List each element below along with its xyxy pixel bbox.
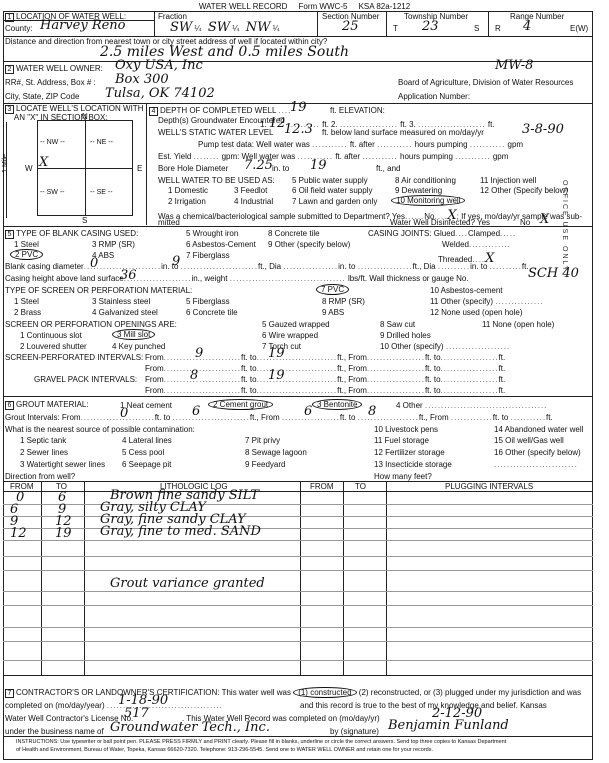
use-dewatering[interactable]: 9 Dewatering bbox=[395, 186, 442, 195]
section-box[interactable]: -- NW -- -- NE -- -- SW -- -- SE -- X bbox=[37, 120, 133, 216]
gravel-to-field[interactable]: 19 bbox=[268, 368, 285, 383]
gravel-label: GRAVEL PACK INTERVALS: bbox=[34, 375, 137, 384]
direction-label: Direction from well? bbox=[5, 472, 75, 481]
opening-louvered[interactable]: 2 Louvered shutter bbox=[20, 342, 87, 351]
blank-to-field[interactable]: 9 bbox=[172, 254, 180, 269]
divider bbox=[488, 11, 489, 36]
screen-concrete[interactable]: 6 Concrete tile bbox=[186, 308, 238, 317]
business-name-field[interactable]: Groundwater Tech., Inc. bbox=[110, 720, 270, 735]
sample-row: Was a chemical/bacteriological sample su… bbox=[158, 208, 582, 223]
contam-watertight[interactable]: 3 Watertight sewer lines bbox=[20, 460, 105, 469]
range-direction: E(W) bbox=[570, 24, 588, 33]
use-injection[interactable]: 11 Injection well bbox=[480, 176, 536, 185]
city-label: City, State, ZIP Code bbox=[5, 92, 79, 101]
opening-mill-slot-selected[interactable]: 3 Mill slot bbox=[112, 329, 155, 340]
plug-header-from: FROM bbox=[310, 482, 334, 491]
instructions-line1: INSTRUCTIONS: Use typewriter or ball poi… bbox=[16, 739, 506, 745]
fraction-1: SW bbox=[170, 20, 192, 35]
divider bbox=[41, 481, 42, 675]
quad-ne[interactable]: -- NE -- bbox=[90, 139, 113, 146]
opening-key-punched[interactable]: 4 Key punched bbox=[112, 342, 165, 351]
west-label: W bbox=[25, 164, 33, 173]
use-feedlot[interactable]: 3 Feedlot bbox=[234, 186, 267, 195]
bore-diameter-field[interactable]: 7.25 bbox=[244, 158, 273, 173]
divider bbox=[386, 481, 387, 675]
mile-scale-line bbox=[6, 122, 7, 218]
divider bbox=[3, 736, 593, 737]
contam-abandoned[interactable]: 14 Abandoned water well bbox=[494, 425, 583, 434]
form-statute: KSA 82a-1212 bbox=[359, 2, 411, 11]
screen-fiberglass[interactable]: 5 Fiberglass bbox=[186, 297, 230, 306]
casing-pvc-selected[interactable]: 2 PVC bbox=[10, 249, 43, 260]
grout2-to-field[interactable]: 8 bbox=[368, 404, 376, 419]
east-label: E bbox=[137, 164, 142, 173]
divider bbox=[317, 11, 318, 36]
row-line bbox=[3, 570, 593, 571]
joints-row: CASING JOINTS: Glued....Clamped..... bbox=[368, 229, 516, 238]
grout1-to-field[interactable]: 6 bbox=[192, 404, 200, 419]
casing-label: 5TYPE OF BLANK CASING USED: bbox=[5, 229, 138, 239]
static-level-field[interactable]: 12.3 bbox=[284, 122, 313, 137]
contam-oilgas[interactable]: 15 Oil well/Gas well bbox=[494, 436, 564, 445]
welded-row[interactable]: Welded............. bbox=[442, 240, 511, 249]
elevation-label: ft. ELEVATION: bbox=[330, 106, 385, 115]
contam-septic[interactable]: 1 Septic tank bbox=[20, 436, 66, 445]
screen-steel[interactable]: 1 Steel bbox=[14, 297, 39, 306]
blank-dia-field[interactable]: 0 bbox=[90, 256, 98, 271]
casing-other[interactable]: 9 Other (specify below) bbox=[268, 240, 350, 249]
screen-material-label: TYPE OF SCREEN OR PERFORATION MATERIAL: bbox=[5, 286, 192, 295]
range-field[interactable]: 4 bbox=[523, 19, 531, 34]
depth-field[interactable]: 19 bbox=[290, 100, 307, 115]
use-lawn[interactable]: 7 Lawn and garden only bbox=[292, 197, 377, 206]
cert-constructed-selected[interactable]: (1) constructed bbox=[293, 687, 356, 698]
application-number-label: Application Number: bbox=[398, 92, 470, 101]
location-mark: X bbox=[39, 155, 48, 170]
casing-wrought-iron[interactable]: 5 Wrought iron bbox=[186, 229, 238, 238]
row-line bbox=[3, 540, 593, 541]
grout2-from-field[interactable]: 6 bbox=[304, 404, 312, 419]
row-line bbox=[3, 556, 593, 557]
contam-other-field[interactable]: .......................... bbox=[494, 460, 578, 469]
contam-fuel[interactable]: 11 Fuel storage bbox=[374, 436, 429, 445]
disinfected-no-mark[interactable]: X bbox=[540, 212, 549, 227]
contam-fertilizer[interactable]: 12 Fertilizer storage bbox=[374, 448, 445, 457]
township-suffix: S bbox=[474, 24, 479, 33]
screen-intervals-label: SCREEN-PERFORATED INTERVALS: bbox=[5, 353, 143, 362]
row-line bbox=[3, 605, 593, 606]
casing-rmp[interactable]: 3 RMP (SR) bbox=[92, 240, 135, 249]
bore-label: Bore Hole Diameter bbox=[158, 164, 228, 173]
divider bbox=[386, 11, 387, 36]
grout-other[interactable]: 4 Other ................................… bbox=[396, 401, 547, 410]
row-line bbox=[3, 660, 593, 661]
grout-intervals-row: Grout Intervals: From...................… bbox=[5, 413, 553, 422]
use-air-conditioning[interactable]: 8 Air conditioning bbox=[395, 176, 456, 185]
board-label: Board of Agriculture, Division of Water … bbox=[398, 78, 573, 87]
fraction-field[interactable]: SW ¼ SW ¼ NW ¼ bbox=[170, 20, 279, 35]
plug-header-intervals: PLUGGING INTERVALS bbox=[445, 482, 533, 491]
true-statement: and this record is true to the best of m… bbox=[300, 701, 547, 710]
log-note: Grout variance granted bbox=[110, 576, 265, 591]
screen-stainless[interactable]: 3 Stainless steel bbox=[92, 297, 150, 306]
grout-bentonite-selected[interactable]: 3 Bentonite bbox=[312, 399, 362, 410]
range-prefix: R bbox=[495, 24, 501, 33]
contam-insecticide[interactable]: 13 Insecticide storage bbox=[374, 460, 452, 469]
yield-row: Est. Yield ........ gpm: Well water was … bbox=[158, 152, 508, 161]
use-monitoring-selected[interactable]: 10 Monitoring well bbox=[391, 195, 465, 206]
static-suffix: ft. below land surface measured on mo/da… bbox=[322, 128, 484, 137]
screen-none[interactable]: 12 None used (open hole) bbox=[430, 308, 523, 317]
row-line bbox=[3, 516, 593, 517]
screen-interval-row2: From........................ft. to......… bbox=[145, 364, 505, 373]
grout-label: 6GROUT MATERIAL: bbox=[5, 400, 89, 410]
fraction-3: NW bbox=[246, 20, 271, 35]
depth-row: 4DEPTH OF COMPLETED WELL .... bbox=[149, 106, 291, 116]
divider bbox=[38, 168, 132, 169]
quad-nw[interactable]: -- NW -- bbox=[40, 139, 65, 146]
township-field[interactable]: 23 bbox=[422, 19, 439, 34]
signature-label: by (signature) bbox=[330, 727, 379, 736]
section-number-field[interactable]: 25 bbox=[342, 19, 359, 34]
row-line bbox=[3, 504, 593, 505]
use-irrigation[interactable]: 2 Irrigation bbox=[168, 197, 206, 206]
license-field[interactable]: 517 bbox=[124, 706, 149, 721]
form-header: WATER WELL RECORD Form WWC-5 KSA 82a-121… bbox=[0, 2, 609, 11]
openings-label: SCREEN OR PERFORATION OPENINGS ARE: bbox=[5, 320, 177, 329]
opening-wire[interactable]: 6 Wire wrapped bbox=[262, 331, 318, 340]
opening-saw[interactable]: 8 Saw cut bbox=[380, 320, 415, 329]
quarter-mark: ¼ bbox=[232, 24, 239, 33]
howmany-label: How many feet? bbox=[374, 472, 432, 481]
business-label: under the business name of bbox=[5, 727, 104, 736]
screen-abs[interactable]: 9 ABS bbox=[322, 308, 344, 317]
cert-row1: 7CONTRACTOR'S OR LANDOWNER'S CERTIFICATI… bbox=[5, 688, 581, 698]
township-prefix: T bbox=[393, 24, 398, 33]
use-public[interactable]: 5 Public water supply bbox=[292, 176, 368, 185]
contam-lagoon[interactable]: 8 Sewage lagoon bbox=[245, 448, 307, 457]
grout-cement-selected[interactable]: 2 Cement grout bbox=[208, 399, 273, 410]
casing-asbestos[interactable]: 6 Asbestos-Cement bbox=[186, 240, 256, 249]
office-use-margin: OFFICE USE ONLY bbox=[561, 180, 568, 273]
instructions-line2: of Health and Environment, Bureau of Wat… bbox=[16, 747, 433, 753]
gauge-field[interactable]: SCH 40 bbox=[528, 266, 579, 281]
screen-other[interactable]: 11 Other (specify) ............... bbox=[430, 297, 544, 306]
contamination-label: What is the nearest source of possible c… bbox=[5, 425, 195, 434]
contam-livestock[interactable]: 10 Livestock pens bbox=[374, 425, 438, 434]
contam-lateral[interactable]: 4 Lateral lines bbox=[122, 436, 172, 445]
divider bbox=[3, 396, 593, 397]
divider bbox=[146, 103, 147, 225]
address-field[interactable]: Box 300 bbox=[115, 72, 169, 87]
opening-continuous[interactable]: 1 Continuous slot bbox=[20, 331, 82, 340]
contam-other[interactable]: 16 Other (specify below) bbox=[494, 448, 581, 457]
use-oilfield[interactable]: 6 Oil field water supply bbox=[292, 186, 372, 195]
form-number: Form WWC-5 bbox=[299, 2, 348, 11]
use-other[interactable]: 12 Other (Specify below) bbox=[480, 186, 568, 195]
gravel-row1: From........................ft. to......… bbox=[145, 375, 505, 384]
static-level-label: WELL'S STATIC WATER LEVEL bbox=[158, 128, 273, 137]
range-label: Range Number bbox=[510, 12, 564, 21]
gravel-from-field[interactable]: 8 bbox=[190, 368, 198, 383]
gravel-row2: From........................ft. to......… bbox=[145, 386, 505, 395]
casing-concrete[interactable]: 8 Concrete tile bbox=[268, 229, 320, 238]
cert-row2: completed on (mo/day/year) .............… bbox=[5, 701, 223, 710]
quarter-mark: ¼ bbox=[273, 24, 280, 33]
row-line bbox=[3, 641, 593, 642]
static-date-field[interactable]: 3-8-90 bbox=[522, 122, 564, 137]
row-line bbox=[3, 627, 593, 628]
south-label: S bbox=[82, 216, 87, 225]
quad-sw[interactable]: -- SW -- bbox=[40, 189, 65, 196]
well-id: MW-8 bbox=[495, 58, 533, 73]
blank-dia-row: Blank casing diameter...................… bbox=[5, 262, 529, 271]
contam-cess[interactable]: 5 Cess pool bbox=[122, 448, 164, 457]
divider bbox=[3, 491, 593, 492]
contam-privy[interactable]: 7 Pit privy bbox=[245, 436, 280, 445]
row-line bbox=[3, 591, 593, 592]
screen-to-field[interactable]: 19 bbox=[268, 346, 285, 361]
screen-pvc-selected[interactable]: 7 PVC bbox=[316, 284, 349, 295]
bore-suffix: ft., and bbox=[376, 164, 400, 173]
casing-height-row: Casing height above land surface........… bbox=[5, 274, 469, 283]
county-label: County: bbox=[5, 24, 33, 33]
divider bbox=[343, 481, 344, 675]
county-field[interactable]: Harvey Reno bbox=[40, 18, 126, 33]
use-domestic[interactable]: 1 Domestic bbox=[168, 186, 208, 195]
log-from: 12 bbox=[10, 526, 27, 541]
grout1-from-field[interactable]: 0 bbox=[120, 406, 128, 421]
casing-fiberglass[interactable]: 7 Fiberglass bbox=[186, 251, 230, 260]
owner-field[interactable]: Oxy USA, Inc bbox=[115, 58, 203, 73]
contam-sewer[interactable]: 2 Sewer lines bbox=[20, 448, 68, 457]
pump-test-row: Pump test data: Well water was .........… bbox=[198, 140, 523, 149]
screen-rmp[interactable]: 8 RMP (SR) bbox=[322, 297, 365, 306]
opening-other[interactable]: 10 Other (specify) .................... bbox=[380, 342, 510, 351]
divider bbox=[3, 675, 593, 676]
divider bbox=[154, 11, 155, 36]
city-field[interactable]: Tulsa, OK 74102 bbox=[105, 86, 215, 101]
divider bbox=[84, 481, 85, 675]
opening-gauzed[interactable]: 5 Gauzed wrapped bbox=[262, 320, 330, 329]
log-to: 19 bbox=[55, 526, 72, 541]
screen-brass[interactable]: 2 Brass bbox=[14, 308, 41, 317]
quarter-mark: ¼ bbox=[195, 24, 202, 33]
opening-none[interactable]: 11 None (open hole) bbox=[482, 320, 554, 329]
owner-label: 2WATER WELL OWNER: bbox=[5, 64, 103, 74]
screen-from-field[interactable]: 9 bbox=[195, 346, 203, 361]
signature-field[interactable]: Benjamin Funland bbox=[388, 718, 509, 733]
opening-drilled[interactable]: 9 Drilled holes bbox=[380, 331, 431, 340]
screen-galvanized[interactable]: 4 Galvanized steel bbox=[92, 308, 158, 317]
bore-to-label: in. to bbox=[272, 164, 289, 173]
contam-feedyard[interactable]: 9 Feedyard bbox=[245, 460, 285, 469]
contam-seepage[interactable]: 6 Seepage pit bbox=[122, 460, 171, 469]
use-industrial[interactable]: 4 Industrial bbox=[234, 197, 273, 206]
divider bbox=[300, 481, 301, 675]
log-desc: Gray, fine to med. SAND bbox=[100, 524, 261, 539]
divider bbox=[3, 226, 593, 227]
fraction-2: SW bbox=[208, 20, 230, 35]
quad-se[interactable]: -- SE -- bbox=[90, 189, 113, 196]
address-label: RR#, St. Address, Box # : bbox=[5, 78, 96, 87]
row-line bbox=[3, 528, 593, 529]
plug-header-to: TO bbox=[355, 482, 366, 491]
bore-depth-field[interactable]: 19 bbox=[310, 158, 327, 173]
casing-steel[interactable]: 1 Steel bbox=[14, 240, 39, 249]
casing-height-field[interactable]: 36 bbox=[120, 268, 137, 283]
screen-asbestos[interactable]: 10 Asbestos-cement bbox=[430, 286, 502, 295]
use-label: WELL WATER TO BE USED AS: bbox=[158, 176, 275, 185]
form-title: WATER WELL RECORD bbox=[199, 2, 288, 11]
